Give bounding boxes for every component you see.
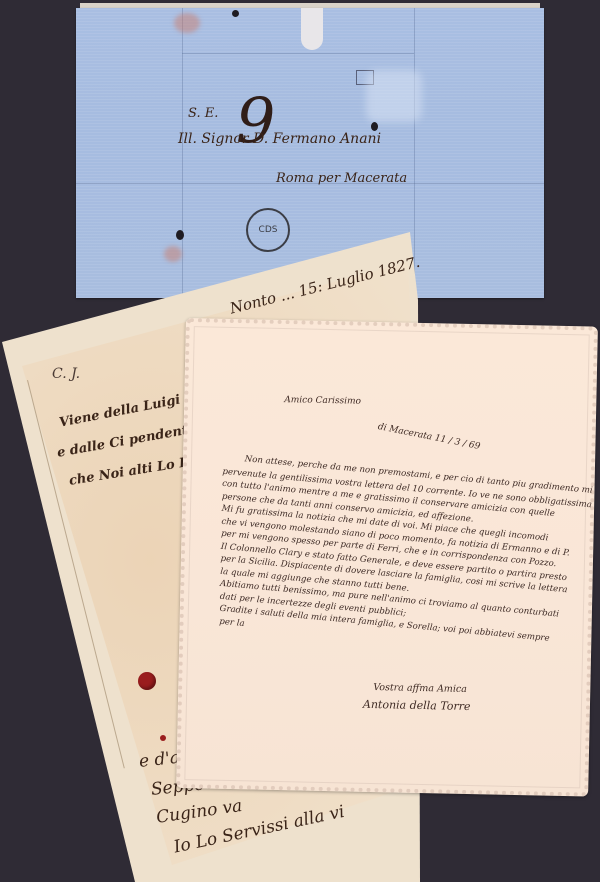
torn-seal-notch bbox=[301, 8, 323, 50]
red-stain bbox=[174, 13, 200, 33]
letter-body: Non attese, perche da me non premostami,… bbox=[219, 454, 593, 662]
fold-line bbox=[182, 53, 414, 54]
postmark: CDS bbox=[246, 208, 290, 252]
ink-blot bbox=[232, 10, 239, 17]
red-stain bbox=[164, 246, 182, 262]
ink-blot bbox=[176, 230, 184, 240]
closing: Vostra affma Amica bbox=[373, 682, 467, 695]
wax-seal bbox=[138, 672, 156, 690]
blue-cover-letter: 9 S. E. Ill. Signor D. Fermano Anani Rom… bbox=[76, 8, 544, 298]
signature: Antonia della Torre bbox=[363, 698, 471, 713]
old-letter-bottom-line: e d'a bbox=[138, 748, 181, 772]
address-line: Ill. Signor D. Fermano Anani bbox=[178, 131, 381, 147]
letter-body-line: per la bbox=[219, 616, 245, 628]
fold-line bbox=[182, 8, 183, 298]
address-line: Roma per Macerata bbox=[276, 171, 407, 186]
ink-blot bbox=[371, 122, 378, 131]
address-line: S. E. bbox=[188, 106, 218, 121]
faded-patch bbox=[366, 70, 422, 122]
wax-drop bbox=[160, 735, 166, 741]
front-letter-sheet: Amico Carissimo di Macerata 11 / 3 / 69 … bbox=[176, 318, 598, 797]
old-letter-monogram: C. J. bbox=[52, 366, 80, 382]
salutation: Amico Carissimo bbox=[284, 395, 361, 407]
